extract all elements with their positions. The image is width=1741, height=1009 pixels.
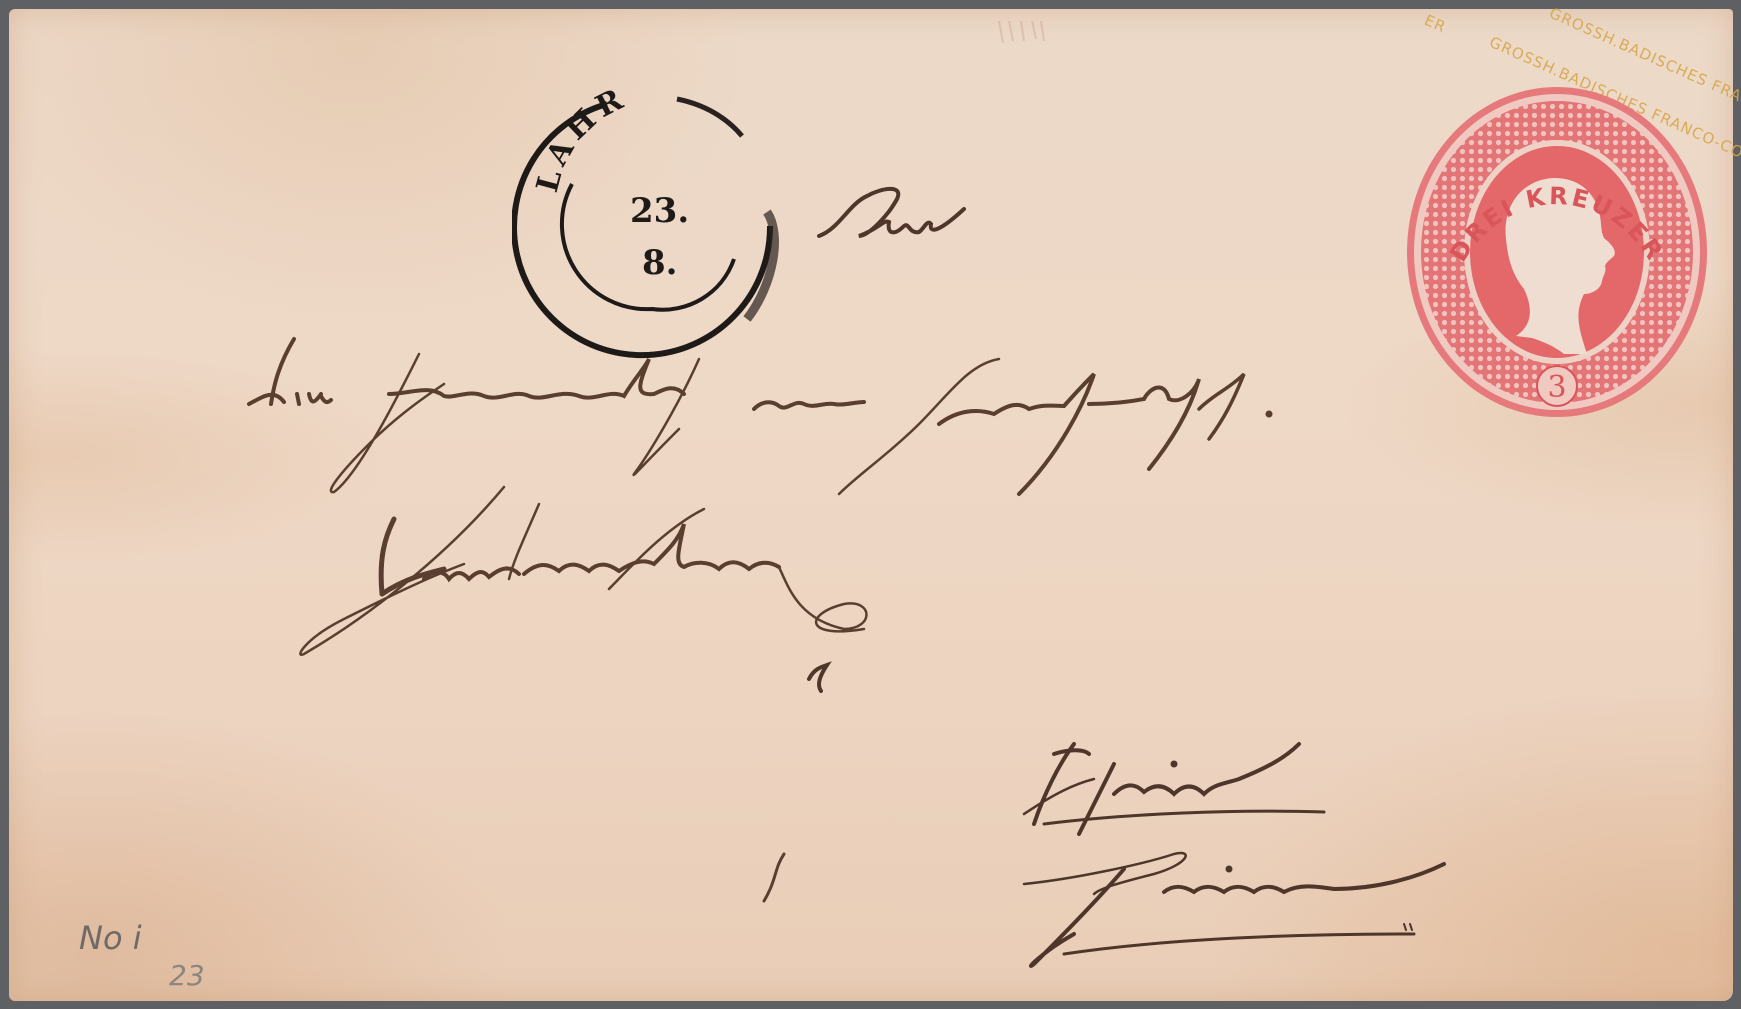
svg-text:3: 3 — [1547, 370, 1566, 405]
stamp-drei-kreuzer: DREI KREUZER 3 — [1404, 84, 1710, 420]
svg-text:23.: 23. — [630, 191, 689, 231]
address-line-5: Eisingen — [1014, 834, 1484, 974]
pen-stroke — [759, 849, 789, 909]
address-line-2: Gutsverwaltung — [284, 479, 984, 679]
address-line-3: zu — [799, 659, 839, 699]
pencil-note-2: 23 — [169, 959, 205, 992]
address-salutation: An — [809, 174, 989, 264]
overprint-line-3: ER — [1422, 11, 1449, 36]
envelope: GROSSH.BADISCHES FRANCO GROSSH.BADISCHES… — [9, 9, 1733, 1001]
postmark-lahr: LAHR 23. 8. — [512, 74, 812, 374]
svg-text:8.: 8. — [642, 243, 678, 283]
pencil-note-1: No i — [79, 919, 142, 957]
faint-marks — [994, 19, 1054, 45]
svg-text:LAHR: LAHR — [530, 80, 634, 196]
address-line-4-struck: Stein — [1014, 724, 1354, 844]
